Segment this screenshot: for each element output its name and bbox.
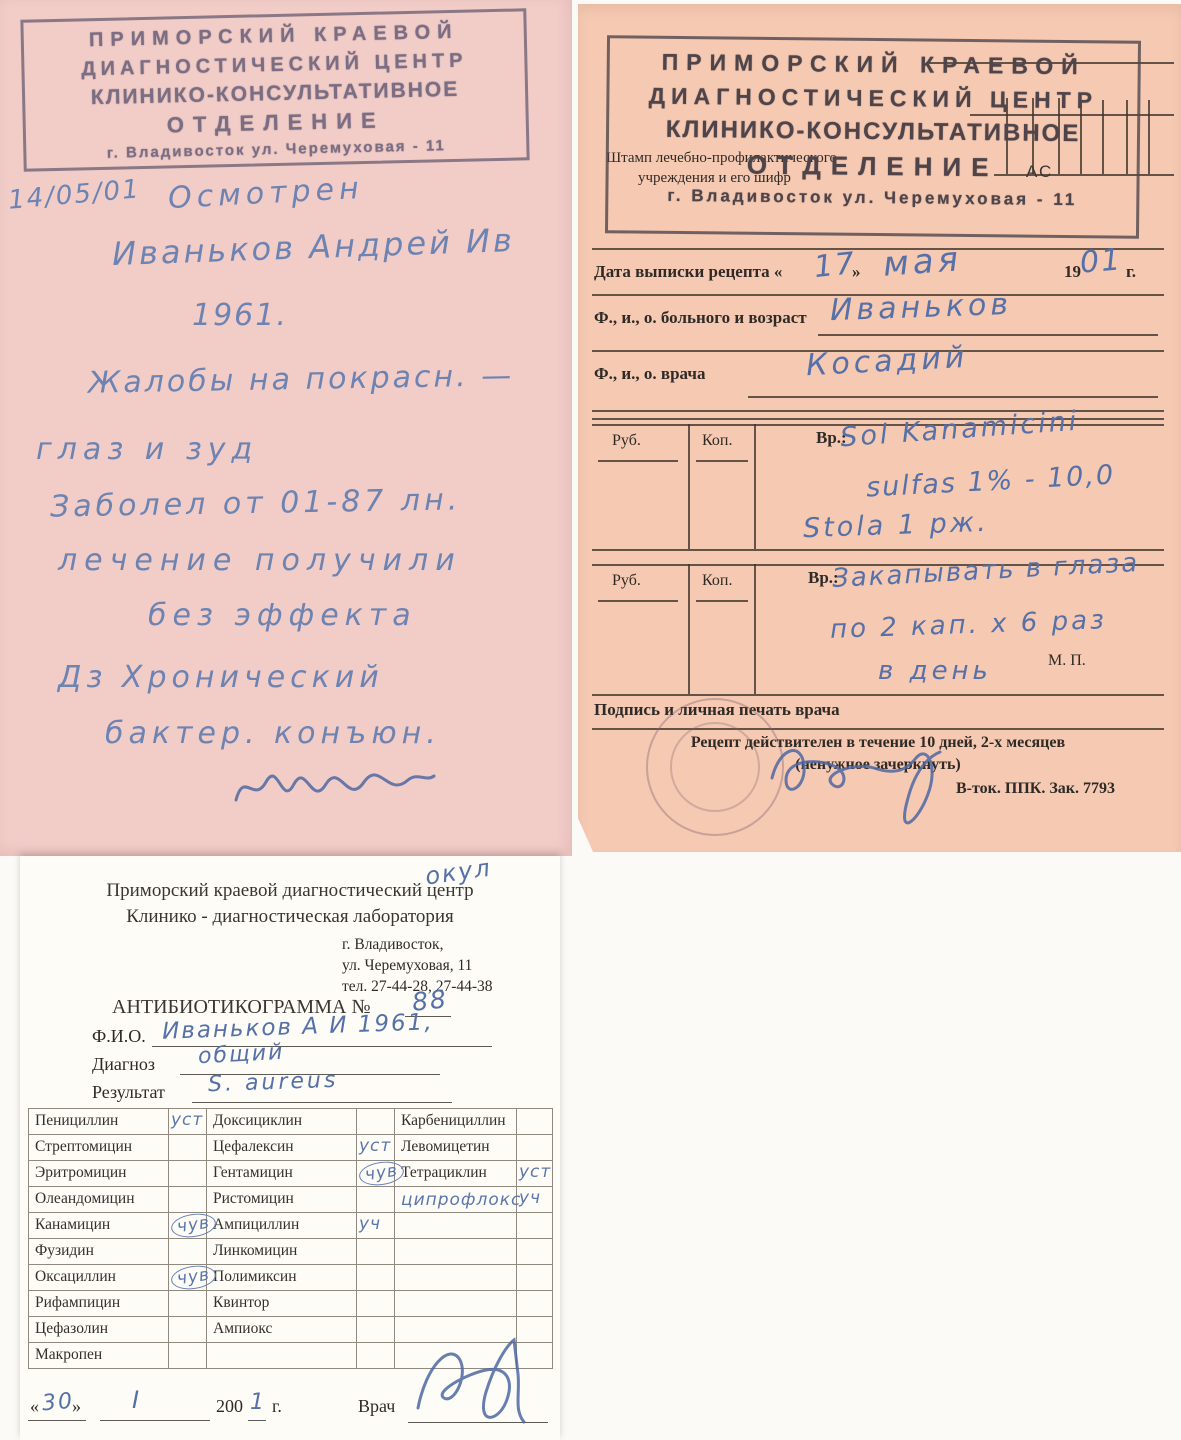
stamp-line: ДИАГНОСТИЧЕСКИЙ ЦЕНТР [609,82,1137,115]
mp-label: М. П. [1048,652,1086,670]
official-stamp: ПРИМОРСКИЙ КРАЕВОЙ ДИАГНОСТИЧЕСКИЙ ЦЕНТР… [605,35,1141,239]
date-year-suffix: г. [1126,262,1136,282]
handwriting-line: бактер. конъюн. [105,716,441,751]
handwriting-line: без эффекта [148,598,417,633]
antibiotic-name [395,1291,517,1317]
antibiotic-result [357,1317,395,1343]
handwritten-result: уч [519,1188,541,1208]
handwriting-line: 1961. [192,298,288,333]
antibiotic-result [357,1109,395,1135]
report-year-printed: 200 [216,1396,243,1417]
rub-header: Руб. [612,432,641,450]
date-year-printed: 19 [1064,262,1081,282]
antibiotic-name: Оксациллин [29,1265,169,1291]
antibiotic-result [357,1239,395,1265]
table-row: ФузидинЛинкомицин [29,1239,553,1265]
date-close-quote: » [852,262,861,282]
result-value-handwritten: S. aureus [208,1068,339,1098]
antibiotic-result: чув [169,1213,207,1239]
lab-title: Приморский краевой диагностический центр [20,880,560,902]
antibiotic-name: Полимиксин [207,1265,357,1291]
rub-header: Руб. [612,572,641,590]
antibiotic-name [395,1239,517,1265]
rx2-handwritten-line: Закапывать в глаза [831,548,1139,594]
antibiotic-result [169,1343,207,1369]
stamp-line: ОТДЕЛЕНИЕ [609,148,1137,185]
antibiotic-name: Доксициклин [207,1109,357,1135]
date-label: Дата выписки рецепта « [594,262,782,282]
antibiotic-name: Эритромицин [29,1161,169,1187]
handwritten-result: уч [359,1214,381,1234]
antibiotic-result: уст [357,1135,395,1161]
rx1-handwritten-line: sulfas 1% - 10,0 [865,459,1116,503]
antibiotic-name [207,1343,357,1369]
handwriting-line: Осмотрен [167,171,364,216]
antibiotic-name: Карбенициллин [395,1109,517,1135]
antibiotic-result [517,1109,553,1135]
handwriting-line: глаз и зуд [36,432,258,467]
stamp-note: АС [1026,162,1053,182]
result-label: Результат [92,1082,165,1103]
table-row: КанамицинчувАмпициллинуч [29,1213,553,1239]
antibiotic-result [169,1135,207,1161]
antibiotic-result [517,1135,553,1161]
antibiotic-result: чув [357,1161,395,1187]
antibiotic-name [395,1213,517,1239]
lab-doctor-signature [410,1330,560,1430]
antibiotic-result [357,1265,395,1291]
stamp-line: ПРИМОРСКИЙ КРАЕВОЙ [610,48,1138,81]
antibiotic-name: Ристомицин [207,1187,357,1213]
antibiotic-name: Пенициллин [29,1109,169,1135]
antibiotic-name: Гентамицин [207,1161,357,1187]
antibiotic-name: Тетрациклин [395,1161,517,1187]
handwritten-result: ципрофлокс [401,1190,521,1210]
table-row: РифампицинКвинтор [29,1291,553,1317]
lab-address: ул. Черемуховая, 11 [342,957,472,975]
handwriting-line: Заболел от 01-87 лн. [50,482,462,524]
antibiotic-name: Рифампицин [29,1291,169,1317]
prescription-document: Штамп лечебно-профилактического учрежден… [578,4,1181,852]
table-row: СтрептомицинЦефалексинустЛевомицетин [29,1135,553,1161]
rx2-handwritten-line: в день [878,656,992,686]
kop-header: Коп. [702,572,732,590]
antibiotic-result: уст [517,1161,553,1187]
table-row: ОксациллинчувПолимиксин [29,1265,553,1291]
doctor-label: Ф., и., о. врача [594,364,705,384]
antibiotic-name: Линкомицин [207,1239,357,1265]
antibiotic-name [395,1265,517,1291]
antibiotic-name: Цефалексин [207,1135,357,1161]
antibiotic-result [169,1317,207,1343]
rx2-handwritten-line: по 2 кап. х 6 раз [830,605,1108,645]
lab-subtitle: Клинико - диагностическая лаборатория [20,906,560,928]
diagnosis-label: Диагноз [92,1054,155,1075]
report-date-month-handwritten: I [132,1386,141,1414]
clinic-note-document: ПРИМОРСКИЙ КРАЕВОЙ ДИАГНОСТИЧЕСКИЙ ЦЕНТР… [0,0,572,856]
table-row: ЭритромицинГентамицинчувТетрациклинуст [29,1161,553,1187]
handwritten-result: уст [359,1136,391,1156]
antibiotic-result [169,1161,207,1187]
handwriting-line: Иваньков Андрей Ив [111,221,515,273]
antibiotic-result [169,1239,207,1265]
official-stamp: ПРИМОРСКИЙ КРАЕВОЙ ДИАГНОСТИЧЕСКИЙ ЦЕНТР… [20,8,529,171]
lab-address: г. Владивосток, [342,936,443,954]
handwriting-line: Жалобы на покрасн. — [88,358,515,400]
report-doctor-label: Врач [358,1396,395,1417]
antibiotic-result [169,1291,207,1317]
antibiotic-result [517,1213,553,1239]
report-date-day-handwritten: 30 [41,1389,75,1417]
handwriting-line: Дз Хронический [58,660,384,695]
rx1-handwritten-line: Sol Kanamicini [839,406,1080,454]
antibiotic-name: Фузидин [29,1239,169,1265]
doctor-value-handwritten: Косадий [805,340,969,383]
patient-label: Ф., и., о. больного и возраст [594,308,807,328]
antibiotic-name: Ампиокс [207,1317,357,1343]
stamp-line: г. Владивосток ул. Черемуховая - 11 [608,185,1136,211]
antibiotic-name: Стрептомицин [29,1135,169,1161]
antibiotic-result [517,1291,553,1317]
table-row: ОлеандомицинРистомицинципрофлоксуч [29,1187,553,1213]
handwriting-line: лечение получили [58,543,462,578]
stamp-line: ПРИМОРСКИЙ КРАЕВОЙ [24,19,524,53]
antibiotic-result: чув [169,1265,207,1291]
fio-label: Ф.И.О. [92,1026,146,1047]
doctor-signature [230,752,440,827]
report-year-handwritten: 1 [250,1390,266,1415]
antibiotic-result [517,1265,553,1291]
table-row: ПенициллинустДоксициклинКарбенициллин [29,1109,553,1135]
diagnosis-value-handwritten: общий [197,1040,285,1069]
report-date-quote: « [30,1396,39,1417]
patient-value-handwritten: Иваньков [829,287,1012,328]
handwritten-result: уст [519,1162,551,1182]
antibiotic-name: Цефазолин [29,1317,169,1343]
antibiotic-name: Олеандомицин [29,1187,169,1213]
stamp-line: КЛИНИКО-КОНСУЛЬТАТИВНОЕ [609,115,1137,149]
date-month-handwritten: мая [882,239,964,284]
antibiotic-result [357,1343,395,1369]
antibiotic-result [357,1187,395,1213]
antibiotic-result: уч [517,1187,553,1213]
antibiotic-name: Ампициллин [207,1213,357,1239]
antibiotic-name: Макропен [29,1343,169,1369]
antibiotic-result [169,1187,207,1213]
antibiotic-name: ципрофлокс [395,1187,517,1213]
antibiotic-name: Левомицетин [395,1135,517,1161]
antibiotic-result [357,1291,395,1317]
doctor-signature [758,728,998,848]
antibiogram-document: окул Приморский краевой диагностический … [20,856,560,1440]
antibiotic-name: Канамицин [29,1213,169,1239]
antibiotic-name: Квинтор [207,1291,357,1317]
handwriting-date: 14/05/01 [7,174,142,215]
kop-header: Коп. [702,432,732,450]
report-year-suffix: г. [272,1396,282,1417]
antibiotic-result: уч [357,1213,395,1239]
handwritten-result: уст [171,1110,203,1130]
antibiotic-result [517,1239,553,1265]
rx1-handwritten-line: Stola 1 рж. [803,507,990,544]
report-date-quote: » [72,1396,81,1417]
scanned-documents-canvas: ПРИМОРСКИЙ КРАЕВОЙ ДИАГНОСТИЧЕСКИЙ ЦЕНТР… [0,0,1181,1440]
date-year-handwritten: 01 [1079,242,1124,281]
antibiotic-result: уст [169,1109,207,1135]
